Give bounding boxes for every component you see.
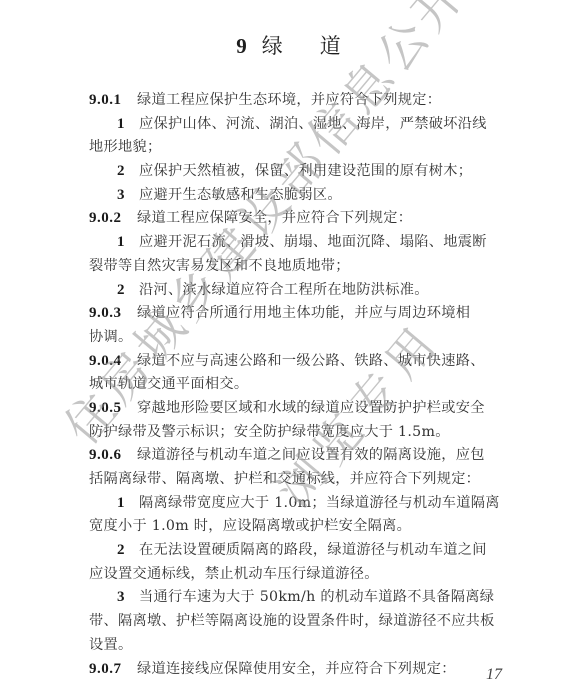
clause-text: 绿道不应与高速公路和一级公路、铁路、城市快速路、: [137, 353, 485, 369]
clause-text: 绿道游径与机动车道之间应设置有效的隔离设施，应包: [137, 447, 485, 463]
item-number: 3: [117, 184, 139, 208]
continuation-text: 应设置交通标线，禁止机动车压行绿道游径。: [89, 566, 379, 582]
chapter-body: 9.0.1绿道工程应保护生态环境，并应符合下列规定： 1应保护山体、河流、湖泊、…: [89, 89, 525, 681]
continuation-line: 裂带等自然灾害易发区和不良地质地带；: [89, 255, 525, 279]
item-number: 2: [117, 279, 139, 303]
item-text: 沿河、滨水绿道应符合工程所在地防洪标准。: [139, 282, 429, 298]
chapter-title: 9绿道: [0, 30, 578, 60]
continuation-line: 带、隔离墩、护栏等隔离设施的设置条件时，绿道游径不应共板: [89, 610, 525, 634]
page-number: 17: [486, 666, 502, 684]
item-text: 应保护天然植被，保留、利用建设范围的原有树木；: [139, 163, 472, 179]
continuation-text: 带、隔离墩、护栏等隔离设施的设置条件时，绿道游径不应共板: [89, 613, 495, 629]
clause-number: 9.0.1: [89, 89, 137, 113]
item-text: 应保护山体、河流、湖泊、湿地、海岸，严禁破坏沿线: [139, 116, 487, 132]
continuation-text: 协调。: [89, 329, 132, 345]
clause-text: 绿道连接线应保障使用安全，并应符合下列规定：: [137, 661, 456, 677]
continuation-text: 防护绿带及警示标识；安全防护绿带宽度应大于 1.5m。: [89, 424, 450, 440]
continuation-line: 应设置交通标线，禁止机动车压行绿道游径。: [89, 563, 525, 587]
clause-line: 9.0.5穿越地形险要区域和水域的绿道应设置防护护栏或安全: [89, 397, 525, 421]
item-text: 隔离绿带宽度应大于 1.0m；当绿道游径与机动车道隔离: [139, 495, 500, 511]
chapter-title-char-1: 绿: [262, 34, 284, 58]
continuation-text: 宽度小于 1.0m 时，应设隔离墩或护栏安全隔离。: [89, 518, 411, 534]
item-number: 3: [117, 586, 139, 610]
clause-line: 9.0.4绿道不应与高速公路和一级公路、铁路、城市快速路、: [89, 350, 525, 374]
item-line: 3应避开生态敏感和生态脆弱区。: [89, 184, 525, 208]
clause-number: 9.0.2: [89, 207, 137, 231]
continuation-text: 城市轨道交通平面相交。: [89, 376, 248, 392]
item-line: 3当通行车速为大于 50km/h 的机动车道路不具备隔离绿: [89, 586, 525, 610]
item-text: 应避开泥石流、滑坡、崩塌、地面沉降、塌陷、地震断: [139, 234, 487, 250]
continuation-line: 设置。: [89, 634, 525, 658]
clause-line: 9.0.6绿道游径与机动车道之间应设置有效的隔离设施，应包: [89, 444, 525, 468]
chapter-number: 9: [236, 34, 248, 58]
clause-number: 9.0.4: [89, 350, 137, 374]
chapter-title-char-2: 道: [320, 34, 342, 58]
clause-text: 绿道应符合所通行用地主体功能，并应与周边环境相: [137, 305, 470, 321]
item-number: 1: [117, 492, 139, 516]
continuation-text: 地形地貌；: [89, 139, 161, 155]
clause-line: 9.0.3绿道应符合所通行用地主体功能，并应与周边环境相: [89, 302, 525, 326]
clause-text: 穿越地形险要区域和水域的绿道应设置防护护栏或安全: [137, 400, 485, 416]
clause-line: 9.0.2绿道工程应保障安全，并应符合下列规定：: [89, 207, 525, 231]
continuation-line: 地形地貌；: [89, 136, 525, 160]
item-line: 2应保护天然植被，保留、利用建设范围的原有树木；: [89, 160, 525, 184]
clause-text: 绿道工程应保护生态环境，并应符合下列规定：: [137, 92, 441, 108]
clause-line: 9.0.7绿道连接线应保障使用安全，并应符合下列规定：: [89, 658, 525, 682]
item-line: 1应保护山体、河流、湖泊、湿地、海岸，严禁破坏沿线: [89, 113, 525, 137]
continuation-line: 城市轨道交通平面相交。: [89, 373, 525, 397]
continuation-text: 括隔离绿带、隔离墩、护栏和交通标线，并应符合下列规定：: [89, 471, 480, 487]
item-line: 1应避开泥石流、滑坡、崩塌、地面沉降、塌陷、地震断: [89, 231, 525, 255]
clause-number: 9.0.7: [89, 658, 137, 682]
continuation-line: 宽度小于 1.0m 时，应设隔离墩或护栏安全隔离。: [89, 515, 525, 539]
clause-number: 9.0.5: [89, 397, 137, 421]
item-number: 2: [117, 539, 139, 563]
clause-line: 9.0.1绿道工程应保护生态环境，并应符合下列规定：: [89, 89, 525, 113]
clause-number: 9.0.6: [89, 444, 137, 468]
continuation-text: 裂带等自然灾害易发区和不良地质地带；: [89, 258, 350, 274]
clause-text: 绿道工程应保障安全，并应符合下列规定：: [137, 210, 412, 226]
item-number: 1: [117, 231, 139, 255]
continuation-line: 协调。: [89, 326, 525, 350]
item-line: 2在无法设置硬质隔离的路段，绿道游径与机动车道之间: [89, 539, 525, 563]
item-text: 在无法设置硬质隔离的路段，绿道游径与机动车道之间: [139, 542, 487, 558]
item-text: 当通行车速为大于 50km/h 的机动车道路不具备隔离绿: [139, 589, 494, 605]
item-number: 2: [117, 160, 139, 184]
item-text: 应避开生态敏感和生态脆弱区。: [139, 187, 342, 203]
document-page: 9绿道 9.0.1绿道工程应保护生态环境，并应符合下列规定： 1应保护山体、河流…: [0, 0, 578, 694]
item-line: 1隔离绿带宽度应大于 1.0m；当绿道游径与机动车道隔离: [89, 492, 525, 516]
continuation-line: 防护绿带及警示标识；安全防护绿带宽度应大于 1.5m。: [89, 421, 525, 445]
item-number: 1: [117, 113, 139, 137]
item-line: 2沿河、滨水绿道应符合工程所在地防洪标准。: [89, 279, 525, 303]
continuation-line: 括隔离绿带、隔离墩、护栏和交通标线，并应符合下列规定：: [89, 468, 525, 492]
clause-number: 9.0.3: [89, 302, 137, 326]
continuation-text: 设置。: [89, 637, 132, 653]
